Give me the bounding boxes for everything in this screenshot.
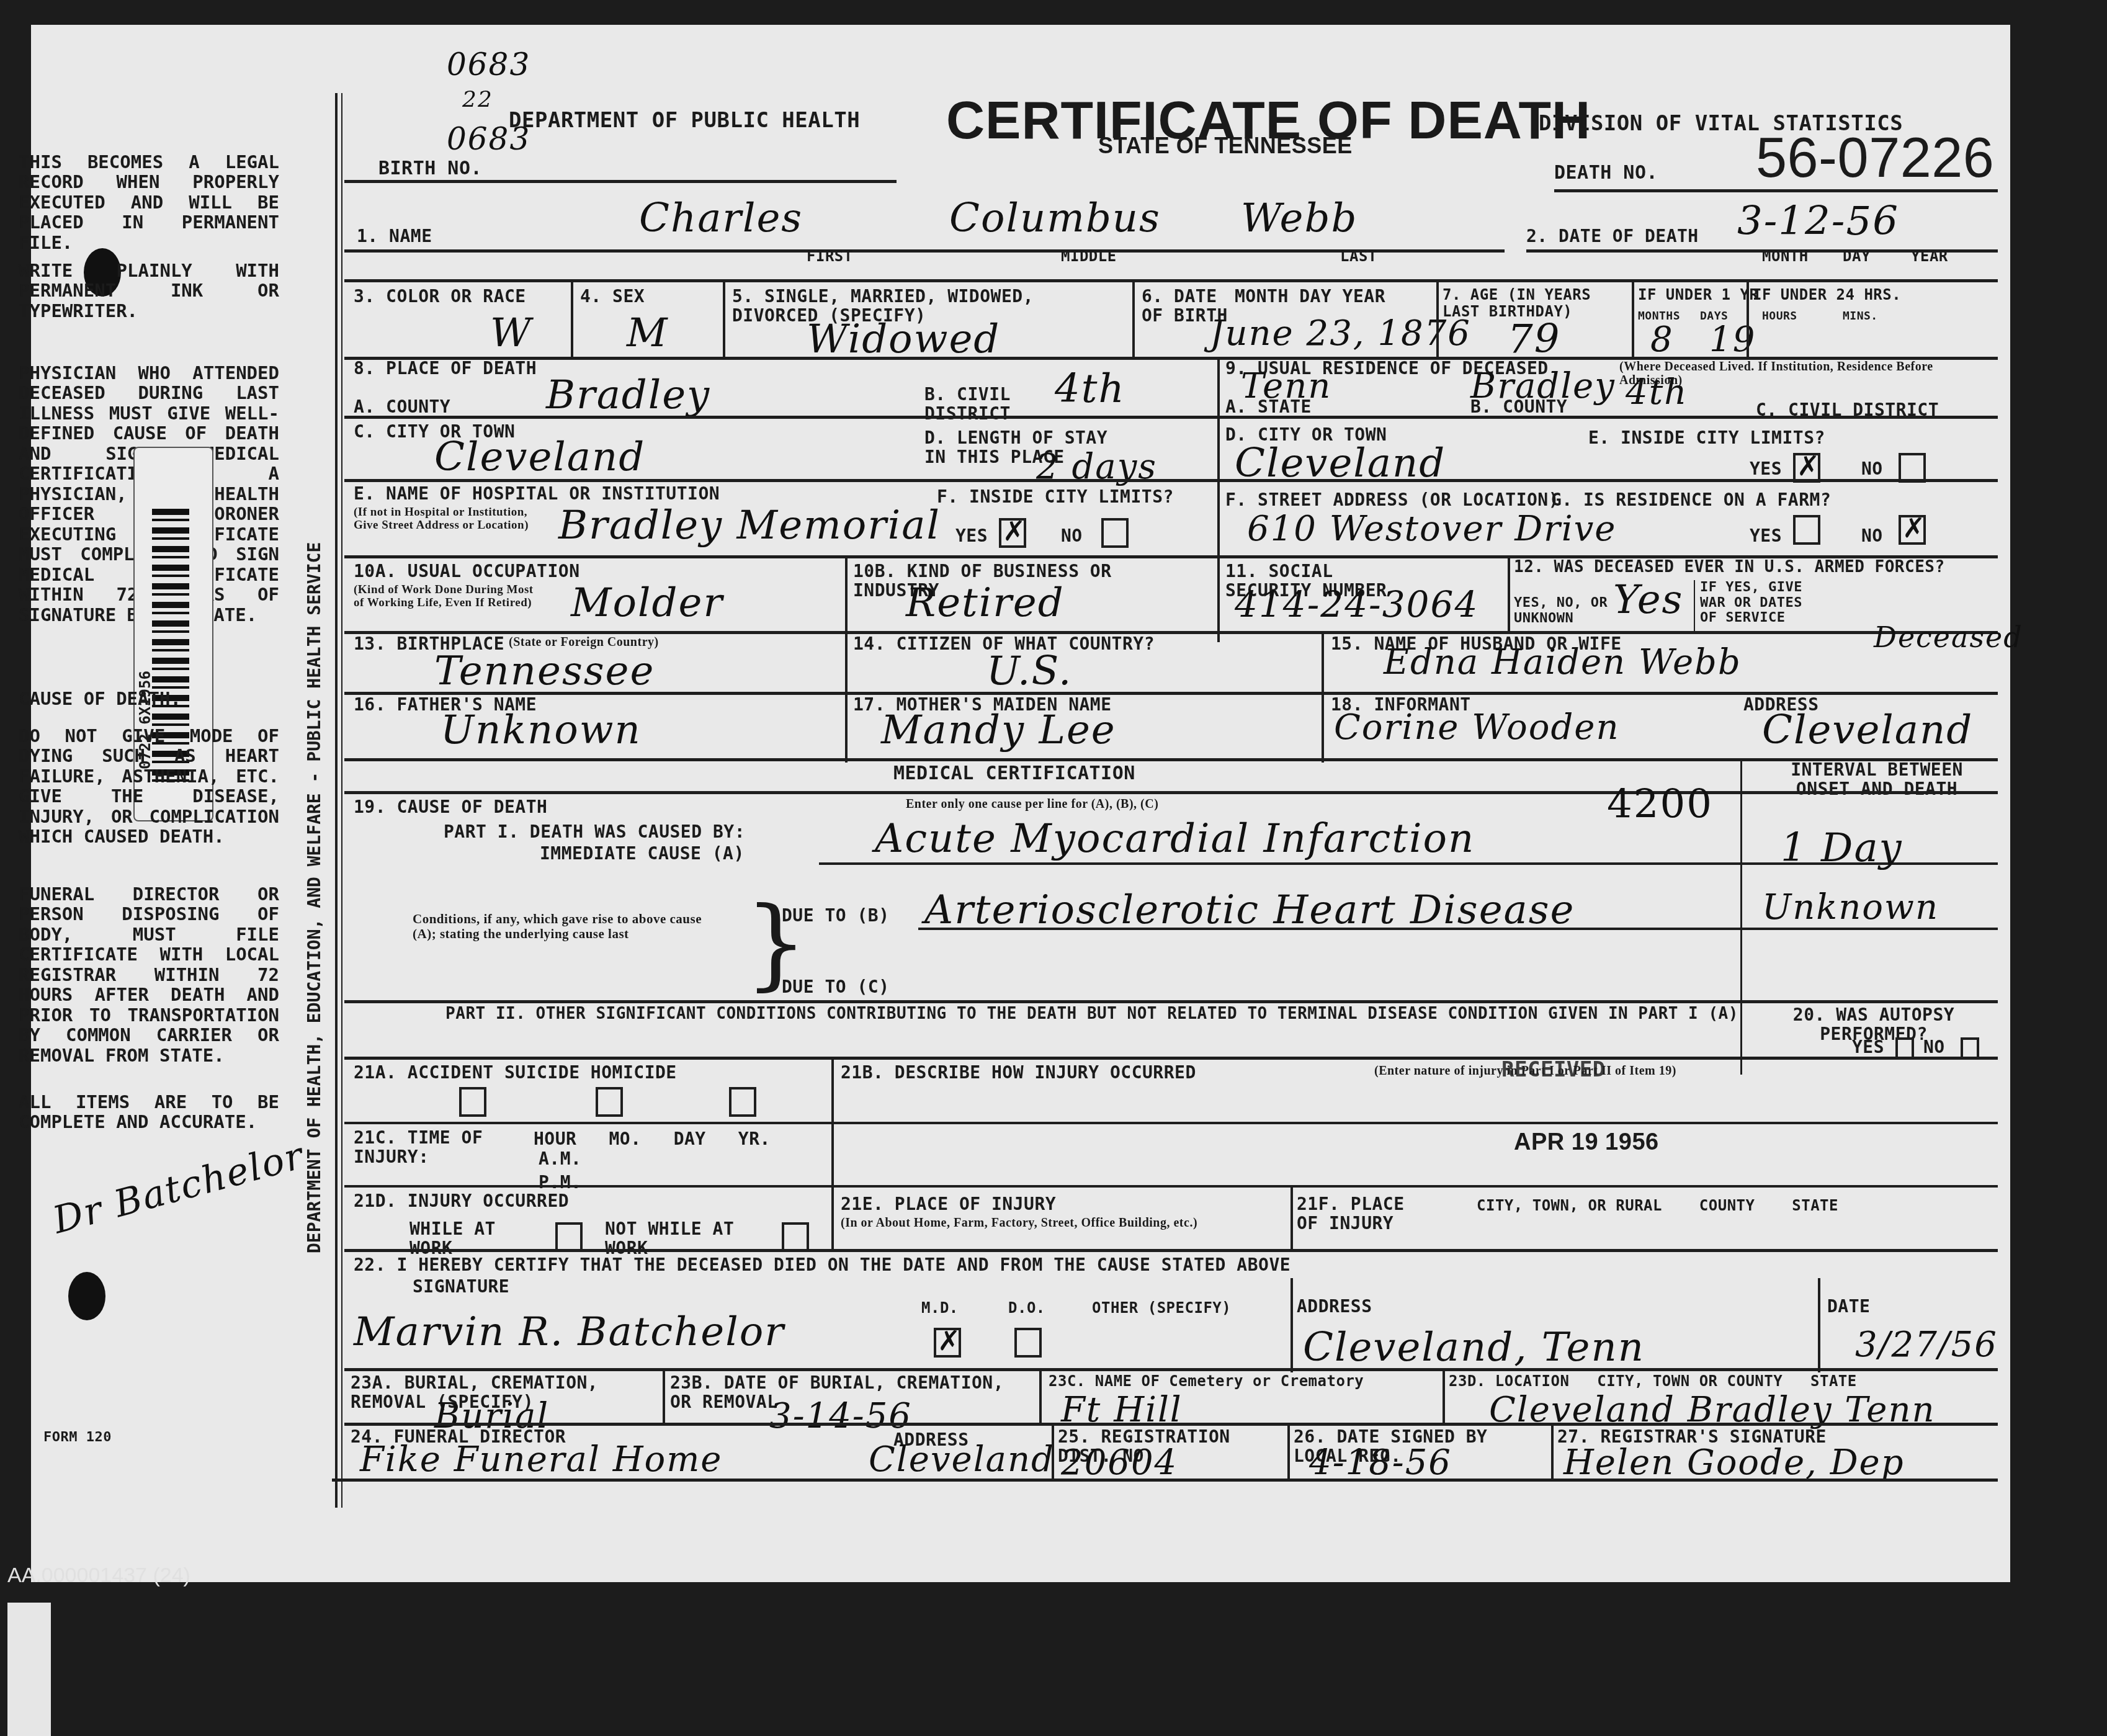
armed-forces-value[interactable]: Yes xyxy=(1613,577,1683,623)
part2-label: PART II. OTHER SIGNIFICANT CONDITIONS CO… xyxy=(441,1005,1743,1023)
occupation-note: (Kind of Work Done During Most of Workin… xyxy=(354,583,546,610)
injury-place-f-label: 21F. PLACE OF INJURY xyxy=(1297,1194,1408,1233)
handwritten-number-1: 0683 xyxy=(447,47,530,83)
divider xyxy=(831,1057,834,1249)
divider xyxy=(1818,1278,1820,1372)
res-farm-label: G. IS RESIDENCE ON A FARM? xyxy=(1551,490,1831,509)
immediate-cause-value[interactable]: Acute Myocardial Infarction xyxy=(875,816,1475,862)
res-state-label: A. STATE xyxy=(1225,397,1312,416)
form-left-border xyxy=(335,93,338,1508)
divider xyxy=(1322,631,1324,763)
res-inside-label: E. INSIDE CITY LIMITS? xyxy=(1588,428,1825,447)
mins-label: MINS. xyxy=(1843,310,1878,323)
instr-all-items: ALL ITEMS ARE TO BE COMPLETE AND ACCURAT… xyxy=(19,1092,279,1132)
due-b-interval-value[interactable]: Unknown xyxy=(1762,887,1939,928)
hospital-label: E. NAME OF HOSPITAL OR INSTITUTION xyxy=(354,484,720,503)
age-label: 7. AGE (IN YEARS LAST BIRTHDAY) xyxy=(1443,287,1629,320)
res-inside-yes-label: YES xyxy=(1750,459,1782,478)
cause-code: 4200 xyxy=(1607,782,1713,828)
res-farm-no-label: NO xyxy=(1861,526,1883,545)
other-label: OTHER (SPECIFY) xyxy=(1092,1300,1231,1317)
injury-place-f-cols: CITY, TOWN, OR RURAL COUNTY STATE xyxy=(1477,1197,1838,1214)
rule xyxy=(344,1000,1998,1003)
due-c-label: DUE TO (C) xyxy=(782,977,890,996)
rule xyxy=(344,180,897,183)
injury-place-note: (In or About Home, Farm, Factory, Street… xyxy=(841,1216,1287,1230)
birthplace-value[interactable]: Tennessee xyxy=(434,648,655,694)
due-b-value[interactable]: Arteriosclerotic Heart Disease xyxy=(924,887,1575,933)
conditions-note: Conditions, if any, which gave rise to a… xyxy=(413,912,723,941)
cause-label: 19. CAUSE OF DEATH xyxy=(354,797,547,817)
day-label: DAY xyxy=(1843,248,1871,265)
injury-place-label: 21E. PLACE OF INJURY xyxy=(841,1194,1056,1214)
age-value[interactable]: 79 xyxy=(1508,316,1560,362)
calibration-swatch xyxy=(7,1603,51,1736)
color-race-value[interactable]: W xyxy=(490,310,532,356)
name-label: 1. NAME xyxy=(357,226,432,246)
certify-address-label: ADDRESS xyxy=(1297,1297,1372,1316)
pm-label: P.M. xyxy=(539,1173,581,1192)
pod-inside-no-label: NO xyxy=(1061,526,1083,545)
injury-type-label: 21A. ACCIDENT SUICIDE HOMICIDE xyxy=(354,1063,677,1082)
handwritten-number-2: 22 xyxy=(462,87,493,112)
instr-cause: CAUSE OF DEATH. xyxy=(19,689,279,709)
divider xyxy=(1132,279,1135,357)
rule xyxy=(344,1185,1998,1188)
divider xyxy=(1291,1278,1293,1372)
reg-dist-value[interactable]: 20604 xyxy=(1061,1443,1178,1483)
pod-civil-value[interactable]: 4th xyxy=(1055,366,1125,412)
birth-no-label: BIRTH NO. xyxy=(378,158,482,179)
divider xyxy=(1694,580,1695,631)
birthplace-note: (State or Foreign Country) xyxy=(509,635,659,649)
pod-inside-label: F. INSIDE CITY LIMITS? xyxy=(937,487,1174,506)
do-label: D.O. xyxy=(1008,1300,1045,1317)
divider xyxy=(845,555,848,631)
immediate-label: IMMEDIATE CAUSE (A) xyxy=(540,844,745,863)
spouse-note: Deceased xyxy=(1874,620,2023,654)
immediate-interval-value[interactable]: 1 Day xyxy=(1781,825,1903,871)
suicide-checkbox[interactable] xyxy=(596,1087,623,1117)
age-months[interactable]: 8 xyxy=(1650,320,1674,360)
rule xyxy=(344,279,1998,282)
date-signed-value[interactable]: 4-18-56 xyxy=(1309,1443,1452,1483)
informant-value[interactable]: Corine Wooden xyxy=(1334,707,1620,748)
divider xyxy=(1508,555,1510,631)
date-of-death-label: 2. DATE OF DEATH xyxy=(1526,226,1699,246)
medical-heading: MEDICAL CERTIFICATION xyxy=(893,763,1135,784)
instr-legal-record: THIS BECOMES A LEGAL RECORD WHEN PROPERL… xyxy=(19,152,279,253)
registrar-signature[interactable]: Helen Goode, Dep xyxy=(1563,1443,1905,1483)
md-label: M.D. xyxy=(921,1300,959,1317)
certify-date-label: DATE xyxy=(1827,1297,1870,1316)
color-race-label: 3. COLOR OR RACE xyxy=(354,287,526,306)
res-county-label: B. COUNTY xyxy=(1470,397,1567,416)
certify-address-value[interactable]: Cleveland, Tenn xyxy=(1303,1325,1645,1371)
res-street-value[interactable]: 610 Westover Drive xyxy=(1247,509,1616,549)
rule xyxy=(344,1057,1998,1060)
ssn-value[interactable]: 414-24-3064 xyxy=(1235,583,1478,625)
hours-label: HOURS xyxy=(1762,310,1797,323)
cemetery-label: 23C. NAME OF Cemetery or Crematory xyxy=(1049,1373,1364,1390)
armed-forces-label: 12. WAS DECEASED EVER IN U.S. ARMED FORC… xyxy=(1514,558,1945,576)
injury-occurred-label: 21D. INJURY OCCURRED xyxy=(354,1191,569,1210)
divider xyxy=(571,279,573,357)
divider xyxy=(1747,279,1749,357)
name-last[interactable]: Webb xyxy=(1241,195,1358,241)
divider xyxy=(1052,1423,1054,1480)
instr-funeral: FUNERAL DIRECTOR OR PERSON DISPOSING OF … xyxy=(19,884,279,1065)
rule xyxy=(344,1423,1998,1426)
injury-describe-label: 21B. DESCRIBE HOW INJURY OCCURRED xyxy=(841,1063,1196,1082)
first-label: FIRST xyxy=(807,248,853,265)
certify-label: 22. I HEREBY CERTIFY THAT THE DECEASED D… xyxy=(354,1255,1874,1274)
sex-label: 4. SEX xyxy=(580,287,645,306)
injury-time-label: 21C. TIME OF INJURY: xyxy=(354,1128,490,1167)
not-while-work-checkbox[interactable] xyxy=(782,1222,809,1252)
pod-county-label: A. COUNTY xyxy=(354,397,450,416)
rule xyxy=(344,416,1998,419)
date-of-death-value[interactable]: 3-12-56 xyxy=(1737,199,1899,244)
do-checkbox[interactable] xyxy=(1014,1328,1042,1358)
spouse-value[interactable]: Edna Haiden Webb xyxy=(1384,642,1742,682)
physician-signature[interactable]: Marvin R. Batchelor xyxy=(354,1309,785,1355)
rule xyxy=(344,631,1998,634)
divider xyxy=(1740,758,1742,1075)
signature-label: SIGNATURE xyxy=(413,1277,509,1296)
under-24hrs-label: IF UNDER 24 HRS. xyxy=(1753,287,1901,303)
armed-forces-sub: YES, NO, OR UNKNOWN xyxy=(1514,596,1626,626)
name-middle[interactable]: Columbus xyxy=(949,195,1161,241)
hospital-note: (If not in Hospital or Institution, Give… xyxy=(354,506,540,532)
archive-id: AA.000001437 (24) xyxy=(7,1564,190,1588)
md-checkbox[interactable] xyxy=(934,1328,961,1358)
instr-write-plainly: WRITE PLAINLY WITH PERMANENT INK OR TYPE… xyxy=(19,261,279,321)
res-civil-value[interactable]: 4th xyxy=(1626,372,1688,413)
divider xyxy=(1443,1368,1445,1423)
divider xyxy=(1039,1368,1042,1423)
department-label: DEPARTMENT OF PUBLIC HEALTH xyxy=(509,109,860,132)
received-stamp: RECEIVED xyxy=(1501,1058,1606,1081)
homicide-checkbox[interactable] xyxy=(729,1087,756,1117)
divider xyxy=(663,1368,665,1423)
punch-hole xyxy=(68,1272,105,1320)
business-value[interactable]: Retired xyxy=(906,580,1065,626)
divider xyxy=(1551,1423,1554,1480)
pod-inside-yes-label: YES xyxy=(955,526,988,545)
hospital-value[interactable]: Bradley Memorial xyxy=(558,503,941,548)
res-street-label: F. STREET ADDRESS (OR LOCATION) xyxy=(1225,490,1559,509)
citizen-value[interactable]: U.S. xyxy=(986,648,1072,694)
part1-label: PART I. DEATH WAS CAUSED BY: xyxy=(444,822,745,841)
am-label: A.M. xyxy=(539,1149,581,1168)
while-work-checkbox[interactable] xyxy=(555,1222,583,1252)
divider xyxy=(1436,279,1439,357)
war-label: IF YES, GIVE WAR OR DATES OF SERVICE xyxy=(1700,580,1824,626)
rule xyxy=(344,1122,1998,1124)
death-number: 56-07226 xyxy=(1756,127,1994,190)
accident-checkbox[interactable] xyxy=(459,1087,486,1117)
dob-value[interactable]: June 23, 1876 xyxy=(1210,313,1471,354)
occupation-label: 10A. USUAL OCCUPATION xyxy=(354,562,580,581)
location-label: 23D. LOCATION CITY, TOWN OR COUNTY STATE xyxy=(1449,1373,1857,1390)
state-subtitle: STATE OF TENNESSEE xyxy=(1098,133,1353,158)
rule xyxy=(344,791,1998,794)
funeral-director-value[interactable]: Fike Funeral Home xyxy=(360,1439,722,1480)
rule xyxy=(918,928,1998,930)
divider xyxy=(1217,357,1220,642)
enter-note: Enter only one cause per line for (A), (… xyxy=(906,797,1158,811)
divider xyxy=(1291,1185,1293,1249)
res-inside-no-checkbox[interactable] xyxy=(1899,453,1926,483)
rule xyxy=(344,1249,1998,1252)
pod-inside-no-checkbox[interactable] xyxy=(1101,518,1129,548)
last-label: LAST xyxy=(1340,248,1377,265)
res-farm-yes-checkbox[interactable] xyxy=(1793,515,1820,545)
while-work-label: WHILE AT WORK xyxy=(409,1219,515,1258)
certify-date-value[interactable]: 3/27/56 xyxy=(1855,1325,1998,1365)
instr-do-not: DO NOT GIVE MODE OF DYING SUCH AS HEART … xyxy=(19,726,279,847)
funeral-address-value[interactable]: Cleveland xyxy=(869,1439,1055,1480)
pod-inside-yes-checkbox[interactable] xyxy=(999,518,1026,548)
due-b-label: DUE TO (B) xyxy=(782,906,890,925)
mother-value[interactable]: Mandy Lee xyxy=(881,707,1116,753)
year-label: YEAR xyxy=(1911,248,1948,265)
divider xyxy=(1287,1423,1290,1480)
sex-value[interactable]: M xyxy=(627,310,669,356)
rule xyxy=(344,758,1998,761)
divider xyxy=(1632,279,1634,357)
informant-address-value[interactable]: Cleveland xyxy=(1762,707,1973,753)
rule xyxy=(344,1368,1998,1371)
res-farm-yes-label: YES xyxy=(1750,526,1782,545)
res-inside-yes-checkbox[interactable] xyxy=(1793,453,1820,483)
father-value[interactable]: Unknown xyxy=(441,707,642,753)
rule xyxy=(344,479,1998,482)
injury-time-cols: HOUR MO. DAY YR. xyxy=(534,1129,771,1148)
pod-county-value[interactable]: Bradley xyxy=(546,372,710,418)
middle-label: MIDDLE xyxy=(1061,248,1117,265)
res-inside-no-label: NO xyxy=(1861,459,1883,478)
name-first[interactable]: Charles xyxy=(639,195,803,241)
month-label: MONTH xyxy=(1762,248,1809,265)
side-department-text: DEPARTMENT OF HEALTH, EDUCATION, AND WEL… xyxy=(304,542,324,1253)
rule xyxy=(332,1479,1998,1482)
received-stamp-date: APR 19 1956 xyxy=(1514,1129,1659,1156)
place-of-death-label: 8. PLACE OF DEATH xyxy=(354,359,537,378)
death-no-label: DEATH NO. xyxy=(1554,163,1658,184)
dob-sub-label: MONTH DAY YEAR xyxy=(1235,287,1385,306)
pod-city-value[interactable]: Cleveland xyxy=(434,434,645,480)
divider xyxy=(845,631,848,763)
marital-value[interactable]: Widowed xyxy=(807,316,1000,362)
disposition-date-value[interactable]: 3-14-56 xyxy=(769,1396,912,1436)
rule xyxy=(344,249,1505,253)
autopsy-yes-label: YES xyxy=(1852,1037,1884,1057)
res-farm-no-checkbox[interactable] xyxy=(1899,515,1926,545)
divider xyxy=(723,279,725,357)
occupation-value[interactable]: Molder xyxy=(571,580,723,626)
autopsy-no-label: NO xyxy=(1923,1037,1945,1057)
form-left-border-inner xyxy=(341,93,342,1508)
under-1yr-label: IF UNDER 1 YR xyxy=(1638,287,1758,303)
not-while-work-label: NOT WHILE AT WORK xyxy=(605,1219,748,1258)
rule xyxy=(1554,189,1998,192)
form-number: FORM 120 xyxy=(43,1430,112,1446)
